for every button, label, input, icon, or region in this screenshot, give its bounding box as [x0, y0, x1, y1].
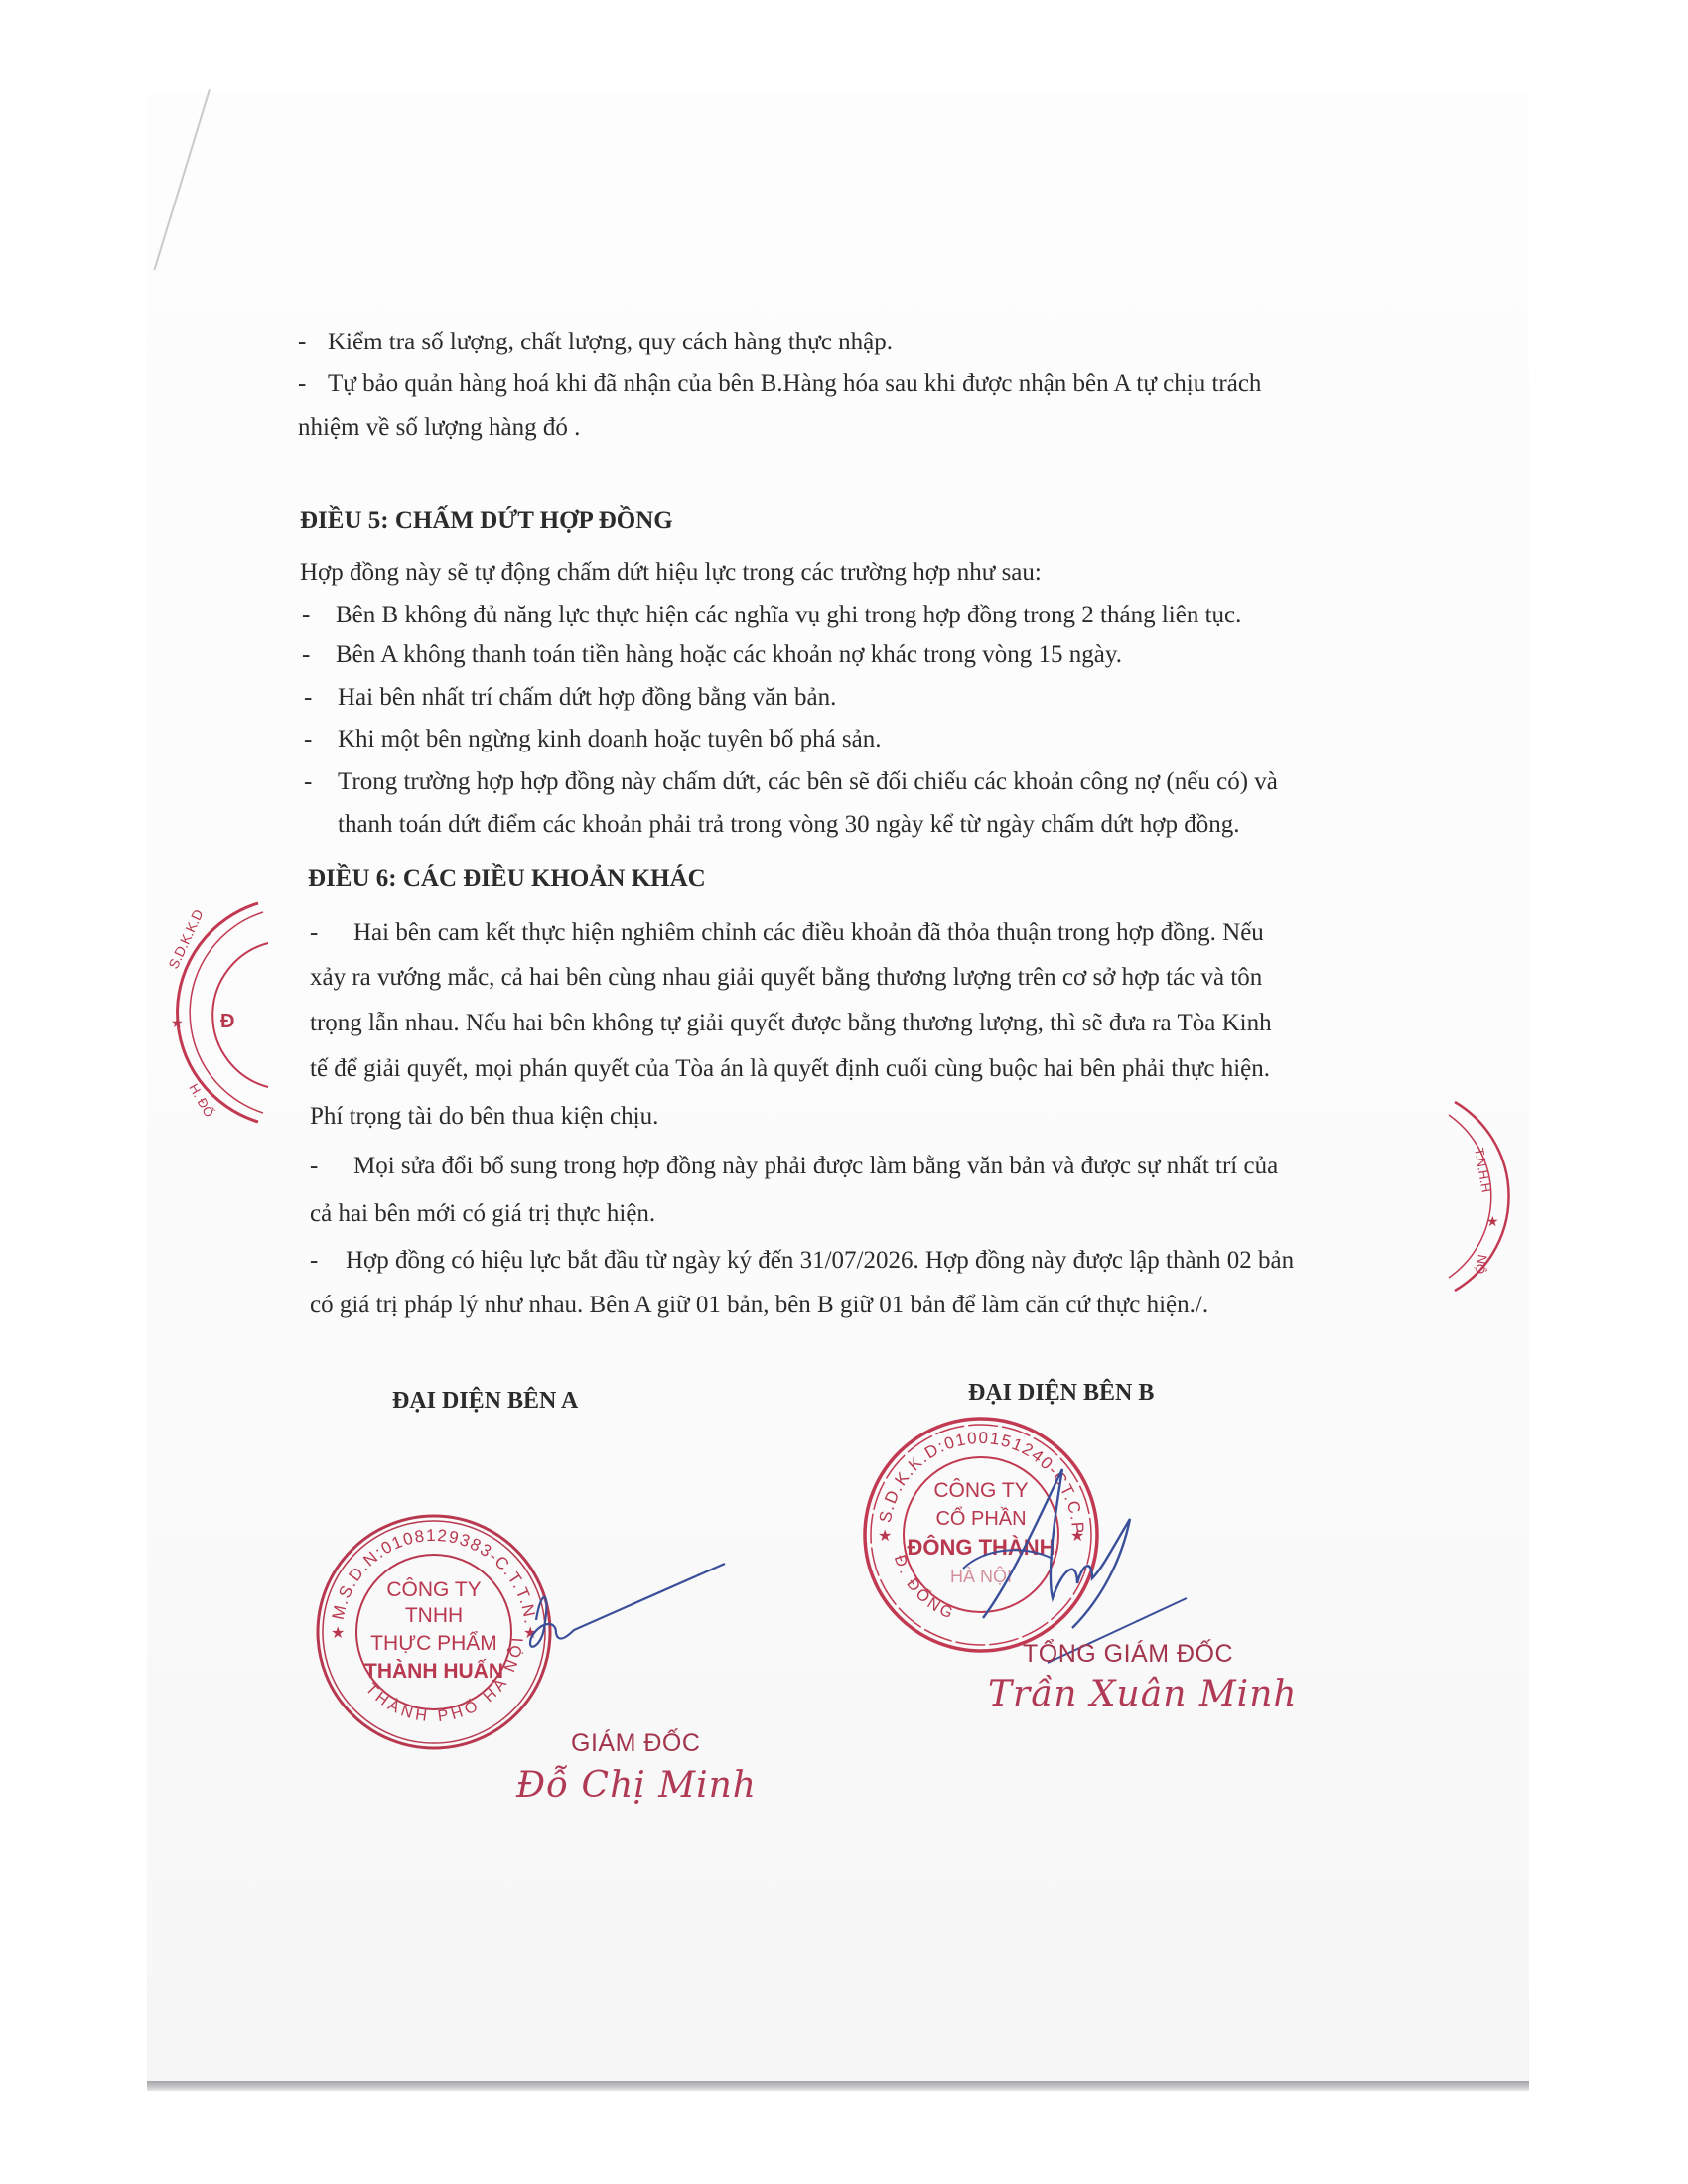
party-a-heading: ĐẠI DIỆN BÊN A [392, 1388, 578, 1415]
party-b-heading: ĐẠI DIỆN BÊN B [968, 1380, 1154, 1407]
paragraph-line: Phí trọng tài do bên thua kiện chịu. [310, 1102, 658, 1132]
svg-text:★: ★ [171, 1015, 184, 1030]
svg-text:Đ: Đ [220, 1011, 234, 1032]
paragraph-line: -Hợp đồng có hiệu lực bắt đầu từ ngày ký… [310, 1246, 1294, 1276]
list-item: -Trong trường hợp hợp đồng này chấm dứt,… [304, 767, 1278, 797]
svg-text:THÀNH HUẤN: THÀNH HUẤN [364, 1660, 503, 1683]
list-item: -Kiểm tra số lượng, chất lượng, quy cách… [298, 328, 893, 357]
article-6-title: ĐIỀU 6: CÁC ĐIỀU KHOẢN KHÁC [308, 864, 706, 893]
svg-text:THỰC PHẨM: THỰC PHẨM [370, 1632, 497, 1655]
svg-text:NỘ: NỘ [1473, 1253, 1490, 1275]
paragraph-line: -Mọi sửa đổi bổ sung trong hợp đồng này … [310, 1152, 1278, 1181]
svg-text:T.N.H.H: T.N.H.H [1472, 1147, 1494, 1193]
article-5-intro: Hợp đồng này sẽ tự động chấm dứt hiệu lự… [300, 558, 1042, 588]
paragraph-line: có giá trị pháp lý như nhau. Bên A giữ 0… [310, 1291, 1208, 1320]
svg-text:TNHH: TNHH [405, 1604, 463, 1627]
list-item: -Bên A không thanh toán tiền hàng hoặc c… [302, 640, 1122, 670]
svg-text:H. ĐỐ: H. ĐỐ [186, 1081, 216, 1120]
list-item-continuation: nhiệm về số lượng hàng đó . [298, 413, 580, 443]
paragraph-line: tế để giải quyết, mọi phán quyết của Tòa… [310, 1054, 1270, 1084]
svg-text:S.D.K.K.D: S.D.K.K.D [165, 907, 206, 972]
paragraph-line: -Hai bên cam kết thực hiện nghiêm chỉnh … [310, 918, 1264, 948]
svg-text:★: ★ [331, 1625, 345, 1642]
party-a-title: GIÁM ĐỐC [571, 1729, 700, 1758]
margin-seal-right: T.N.H.H ★ NỘ [1445, 1097, 1524, 1296]
svg-text:Đ. ĐỐNG: Đ. ĐỐNG [891, 1553, 958, 1623]
page-bottom-edge [147, 2081, 1529, 2091]
svg-text:★: ★ [878, 1528, 892, 1545]
paragraph-line: trọng lẫn nhau. Nếu hai bên không tự giả… [310, 1009, 1272, 1038]
list-item: -Khi một bên ngừng kinh doanh hoặc tuyên… [304, 725, 882, 754]
list-item: -Bên B không đủ năng lực thực hiện các n… [302, 601, 1241, 630]
party-a-name: Đỗ Chị Minh [516, 1765, 757, 1806]
paragraph-line: cả hai bên mới có giá trị thực hiện. [310, 1199, 655, 1229]
signature-a [496, 1559, 735, 1668]
article-5-title: ĐIỀU 5: CHẤM DỨT HỢP ĐỒNG [300, 506, 673, 536]
party-b-name: Trần Xuân Minh [988, 1674, 1298, 1714]
svg-text:★: ★ [1486, 1213, 1499, 1229]
list-item: -Tự bảo quản hàng hoá khi đã nhận của bê… [298, 369, 1261, 399]
list-item: -Hai bên nhất trí chấm dứt hợp đồng bằng… [304, 683, 836, 713]
svg-text:CÔNG TY: CÔNG TY [386, 1578, 481, 1601]
list-item-continuation: thanh toán dứt điểm các khoản phải trả t… [338, 810, 1240, 840]
paragraph-line: xảy ra vướng mắc, cả hai bên cùng nhau g… [310, 963, 1262, 993]
margin-seal-left: S.D.K.K.D ★ H. ĐỐ Đ [149, 898, 278, 1127]
party-b-title: TỔNG GIÁM ĐỐC [1023, 1640, 1233, 1669]
